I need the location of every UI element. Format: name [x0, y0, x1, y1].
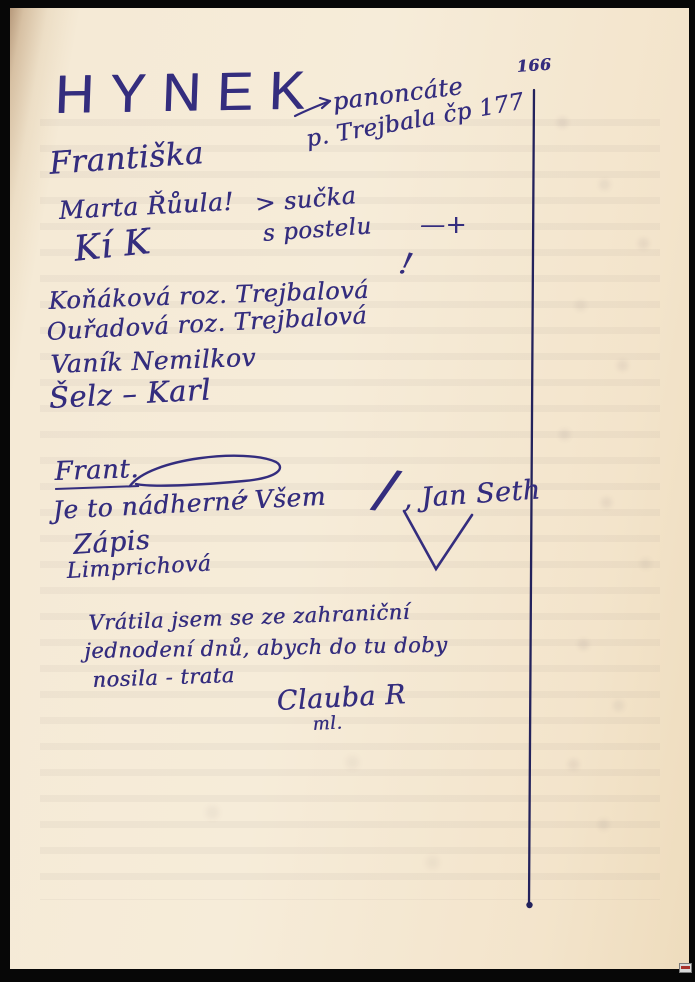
- ink-specks: [0, 0, 5, 5]
- scan-artifact-icon: [679, 963, 692, 973]
- v-flourish-stroke: [396, 505, 480, 577]
- page-number: 166: [516, 55, 552, 76]
- paragraph-line-3: nosila - trata: [92, 663, 235, 692]
- scanned-page: 166 HYNEK panoncáte p. Trejbala čp 177 F…: [0, 0, 695, 982]
- dash-plus-mark: —+: [420, 210, 467, 239]
- arrow-icon: [293, 94, 335, 122]
- scan-artifact-red-bar: [681, 966, 690, 969]
- line-initials-kk: Kí K: [72, 222, 152, 270]
- heading-name: HYNEK: [54, 59, 322, 126]
- signature-suffix: ml.: [312, 712, 343, 735]
